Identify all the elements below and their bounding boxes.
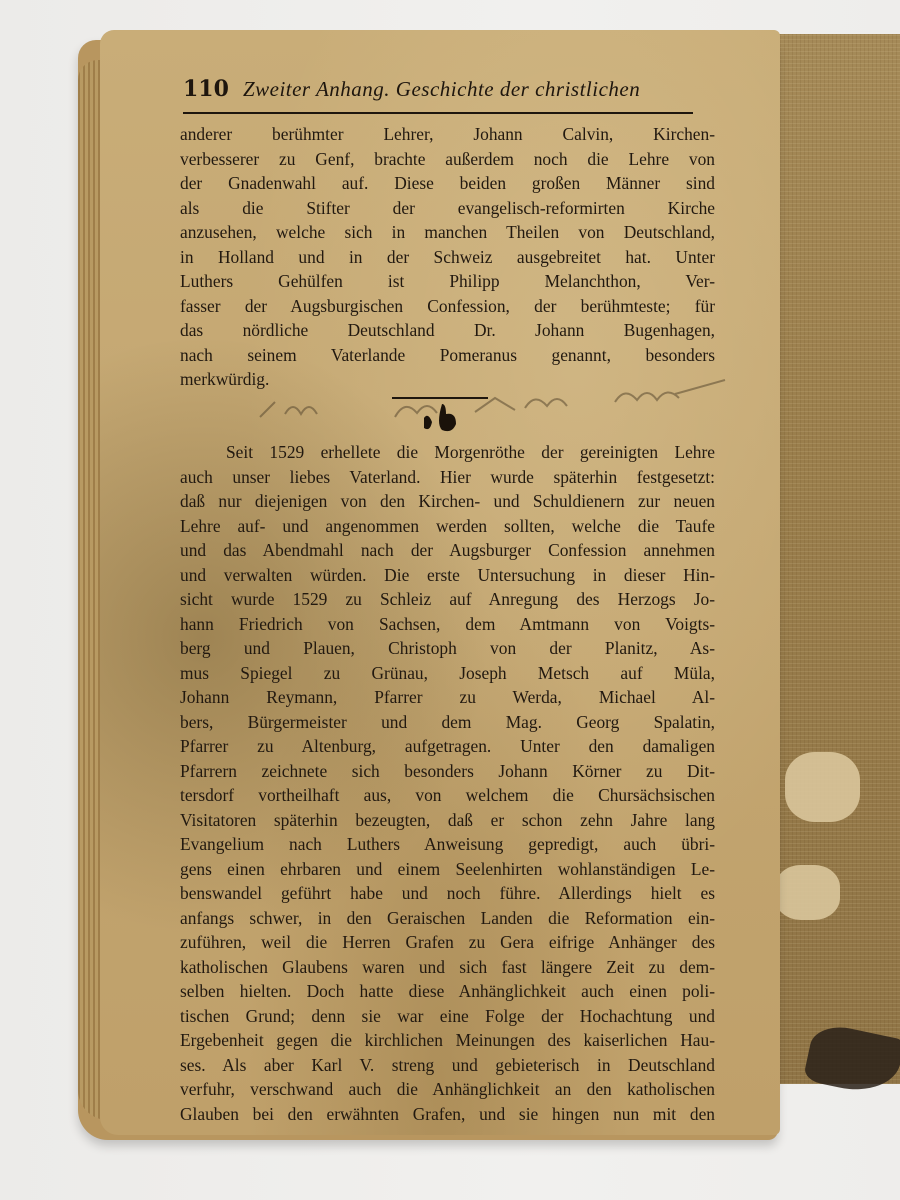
text-line: hann Friedrich von Sachsen, dem Amtmann … — [180, 612, 715, 637]
paragraph-1: anderer berühmter Lehrer, Johann Calvin,… — [180, 122, 715, 392]
text-line: Visitatoren späterhin bezeugten, daß er … — [180, 808, 715, 833]
text-line: und das Abendmahl nach der Augsburger Co… — [180, 538, 715, 563]
text-line: zuführen, weil die Herren Grafen zu Gera… — [180, 930, 715, 955]
text-line: selben hielten. Doch hatte diese Anhängl… — [180, 979, 715, 1004]
text-line: der Gnadenwahl auf. Diese beiden großen … — [180, 171, 715, 196]
text-line: und verwalten würden. Die erste Untersuc… — [180, 563, 715, 588]
running-head: 110 Zweiter Anhang. Geschichte der chris… — [183, 76, 703, 102]
text-line: Pfarrer zu Altenburg, aufgetragen. Unter… — [180, 734, 715, 759]
text-line: verfuhr, verschwand auch die Anhänglichk… — [180, 1077, 715, 1102]
text-line: berg und Plauen, Christoph von der Plani… — [180, 636, 715, 661]
text-line: bers, Bürgermeister und dem Mag. Georg S… — [180, 710, 715, 735]
text-line: benswandel geführt habe und noch führe. … — [180, 881, 715, 906]
text-line: nach seinem Vaterlande Pomeranus genannt… — [180, 343, 715, 368]
running-head-title: Zweiter Anhang. Geschichte der christlic… — [243, 77, 640, 102]
text-line: das nördliche Deutschland Dr. Johann Bug… — [180, 318, 715, 343]
text-line: Luthers Gehülfen ist Philipp Melanchthon… — [180, 269, 715, 294]
header-rule — [183, 112, 693, 114]
text-line: gens einen ehrbaren und einem Seelenhirt… — [180, 857, 715, 882]
text-line: als die Stifter der evangelisch-reformir… — [180, 196, 715, 221]
text-line: daß nur diejenigen von den Kirchen- und … — [180, 489, 715, 514]
cover-stain — [785, 752, 860, 822]
ink-blot — [418, 398, 468, 438]
text-line: auch unser liebes Vaterland. Hier wurde … — [180, 465, 715, 490]
cover-stain — [775, 865, 840, 920]
text-line: anzusehen, welche sich in manchen Theile… — [180, 220, 715, 245]
text-line: anderer berühmter Lehrer, Johann Calvin,… — [180, 122, 715, 147]
text-line: Johann Reymann, Pfarrer zu Werda, Michae… — [180, 685, 715, 710]
page-number: 110 — [183, 76, 229, 102]
text-line: verbesserer zu Genf, brachte außerdem no… — [180, 147, 715, 172]
text-line: ses. Als aber Karl V. streng und gebiete… — [180, 1053, 715, 1078]
text-line: Evangelium nach Luthers Anweisung gepred… — [180, 832, 715, 857]
text-line: tischen Grund; denn sie war eine Folge d… — [180, 1004, 715, 1029]
text-line: katholischen Glaubens waren und sich fas… — [180, 955, 715, 980]
text-line: Glauben bei den erwähnten Grafen, und si… — [180, 1102, 715, 1127]
text-line: tersdorf vortheilhaft aus, von welchem d… — [180, 783, 715, 808]
text-line: fasser der Augsburgischen Confession, de… — [180, 294, 715, 319]
text-line: Pfarrern zeichnete sich besonders Johann… — [180, 759, 715, 784]
text-line: Seit 1529 erhellete die Morgenröthe der … — [180, 440, 715, 465]
text-line: Lehre auf- und angenommen werden sollten… — [180, 514, 715, 539]
text-line: anfangs schwer, in den Geraischen Landen… — [180, 906, 715, 931]
text-line: Ergebenheit gegen die kirchlichen Meinun… — [180, 1028, 715, 1053]
text-line: mus Spiegel zu Grünau, Joseph Metsch auf… — [180, 661, 715, 686]
paragraph-2: Seit 1529 erhellete die Morgenröthe der … — [180, 440, 715, 1126]
text-line: sicht wurde 1529 zu Schleiz auf Anregung… — [180, 587, 715, 612]
pencil-scribble — [255, 372, 735, 432]
text-line: in Holland und in der Schweiz ausgebreit… — [180, 245, 715, 270]
